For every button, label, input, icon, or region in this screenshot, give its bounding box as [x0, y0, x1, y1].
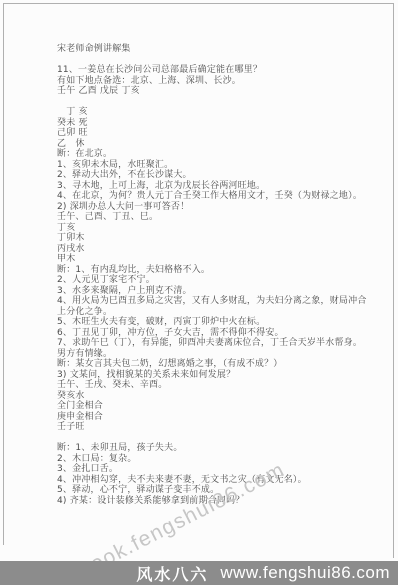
scanned-document-page: 宋老师命例讲解集 11、一姜总在长沙问公司总部最后确定能在哪里？有如下地点备选：…: [0, 0, 398, 585]
page-border-left: [3, 3, 4, 545]
document-line: 2、木口局：复杂。: [57, 454, 379, 465]
document-line: 全门金相合: [57, 401, 379, 412]
document-line: 壬午、己酉、丁丑、巳。: [57, 212, 379, 223]
document-line: 上分化之争。: [57, 307, 379, 318]
document-text-block: 宋老师命例讲解集 11、一姜总在长沙问公司总部最后确定能在哪里？有如下地点备选：…: [57, 44, 379, 506]
document-line: 己卯 旺: [57, 128, 379, 139]
document-line: [57, 97, 379, 108]
document-line: 断：1、有内乱均比，夫妇格格不入。: [57, 265, 379, 276]
document-line: 乙 休: [57, 139, 379, 150]
document-line: 6、丁丑见丁卯，冲方位，子女大吉，需不得仰不得安。: [57, 328, 379, 339]
document-line: 丁卯木: [57, 233, 379, 244]
document-line: 3、水多来聚隔，户上刑克不清。: [57, 286, 379, 297]
document-line: 丁 亥: [57, 107, 379, 118]
document-line: [57, 433, 379, 444]
document-line: 壬午 乙酉 戊辰 丁亥: [57, 86, 379, 97]
document-line: [57, 55, 379, 66]
document-line: 断：在北京。: [57, 149, 379, 160]
document-line: 1、亥卯未木局，水旺聚汇。: [57, 160, 379, 171]
document-line: 2、人元见丁家宅不宁。: [57, 275, 379, 286]
document-line: 丁亥: [57, 223, 379, 234]
document-line: 断：1、未卯丑局，孩子失夫。: [57, 443, 379, 454]
document-line: 5、木旺生火夫有变，破财，丙寅丁卯炉中火在标。: [57, 317, 379, 328]
document-line: 壬午、壬戌、癸未、辛酉。: [57, 380, 379, 391]
document-line: 3、金扎口舌。: [57, 464, 379, 475]
document-line: 宋老师命例讲解集: [57, 44, 379, 55]
document-line: 断：某女言其夫包二奶，幻想离婚之事，（有成不成？）: [57, 359, 379, 370]
document-line: 4、在北京，为何？贵人元丁合壬癸工作大格用文才，壬癸（为财禄之地）。: [57, 191, 379, 202]
document-line: 癸未 死: [57, 118, 379, 129]
document-line: 2) 深圳办总人大问一事可答否！: [57, 202, 379, 213]
document-line: 壬子旺: [57, 422, 379, 433]
document-line: 庚申金相合: [57, 412, 379, 423]
document-line: 4、冲冲相勾穿，夫不夫来妻不妻，无文书之灾（有文无名）。: [57, 475, 379, 486]
document-line: 甲木: [57, 254, 379, 265]
document-line: 7、求助午巳（丁），有异能，卯酉冲夫妻离床位合，丁壬合天岁半水帮身。: [57, 338, 379, 349]
footer-bar: 风水八六 www.fengshui86.com: [0, 561, 398, 585]
document-line: 癸亥水: [57, 391, 379, 402]
page-border-top: [3, 3, 394, 4]
document-line: 3、寻木地，上可上海，北京为戊辰长谷两河旺地。: [57, 181, 379, 192]
document-line: 2、驿动大出外，不在长沙谋大。: [57, 170, 379, 181]
footer-website-url: www.fengshui86.com: [220, 563, 390, 583]
document-line: 男方有情缘。: [57, 349, 379, 360]
footer-brand-text: 风水八六: [136, 562, 208, 585]
document-line: 11、一姜总在长沙问公司总部最后确定能在哪里？: [57, 65, 379, 76]
document-line: 丙戌水: [57, 244, 379, 255]
document-line: 3) 文某问，找相貌某的关系未来如何发展？: [57, 370, 379, 381]
document-line: 4、用火局为巳酉丑多局之灾害，又有人多财乱，为夫妇分离之象，财局冲合: [57, 296, 379, 307]
page-border-right: [393, 3, 394, 558]
document-line: 有如下地点备选：北京、上海、深圳、长沙。: [57, 76, 379, 87]
